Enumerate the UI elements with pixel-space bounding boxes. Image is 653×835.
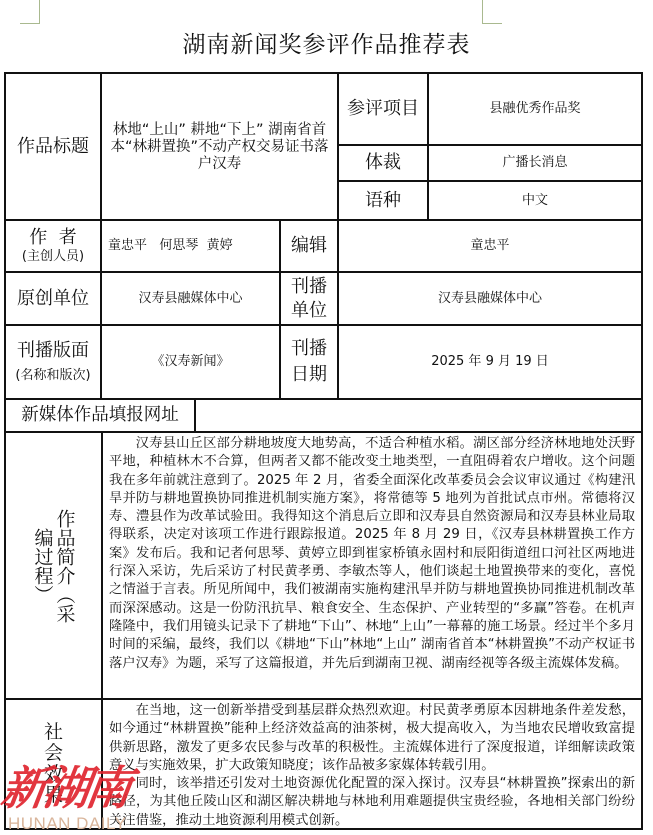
editor-value: 童忠平 [339,221,641,271]
intro-paragraph: 汉寿县山丘区部分耕地坡度大地势高，不适合种植水稻。湖区部分经济林地地处沃野平地，… [109,435,635,673]
document-title: 湖南新闻奖参评作品推荐表 [0,26,653,59]
work-title-label: 作品标题 [6,74,100,220]
social-effect-paragraph: 在当地，这一创新举措受到基层群众热烈欢迎。村民黄孝勇原本因耕地条件差发愁，如今通… [109,702,635,775]
table-border-right [641,72,643,830]
social-effect-content: 在当地，这一创新举措受到基层群众热烈欢迎。村民黄孝勇原本因耕地条件差发愁，如今通… [103,702,641,827]
publish-date-value: 2025 年 9 月 19 日 [339,326,641,398]
new-media-url-value[interactable] [196,400,641,431]
publish-page-sublabel: (名称和版次) [15,368,90,384]
publish-date-label: 刊播日期 [285,326,333,398]
social-effect-label: 社会效果 [44,722,64,806]
editor-label: 编辑 [281,221,337,271]
new-media-url-label: 新媒体作品填报网址 [6,400,194,431]
genre-value: 广播长消息 [429,146,641,180]
language-value: 中文 [429,182,641,219]
language-label: 语种 [339,182,427,219]
social-effect-paragraph: 同时，该举措还引发对土地资源优化配置的深入探讨。汉寿县“林耕置换”探索出的新路径… [109,775,635,830]
intro-label: 作品简介（采编过程） [32,508,76,623]
intro-content: 汉寿县山丘区部分耕地坡度大地势高，不适合种植水稻。湖区部分经济林地地处沃野平地，… [103,435,641,697]
publish-page-label: 刊播版面 [17,340,89,362]
publish-page-value: 《汉寿新闻》 [102,326,279,398]
social-effect-label-cell: 社会效果 [6,700,101,828]
publish-page-label-cell: 刊播版面 (名称和版次) [6,326,100,398]
author-label: 作 者 [29,227,76,249]
page-corner-mark-right [482,0,502,24]
publish-unit-value: 汉寿县融媒体中心 [339,273,641,324]
work-title-value: 林地“上山” 耕地“下上” 湖南省首本“林耕置换”不动产权交易证书落户汉寿 [102,74,337,220]
original-unit-value: 汉寿县融媒体中心 [102,273,279,324]
original-unit-label: 原创单位 [6,273,100,324]
author-value: 童忠平 何思琴 黄婷 [102,221,279,271]
publish-unit-label: 刊播单位 [285,273,333,324]
author-label-cell: 作 者 (主创人员) [6,221,100,271]
intro-label-cell: 作品简介（采编过程） [6,433,101,698]
author-sublabel: (主创人员) [22,249,84,265]
category-value: 县融优秀作品奖 [429,74,641,144]
category-label: 参评项目 [339,74,427,144]
genre-label: 体裁 [339,146,427,180]
page-corner-mark-left [20,0,40,24]
